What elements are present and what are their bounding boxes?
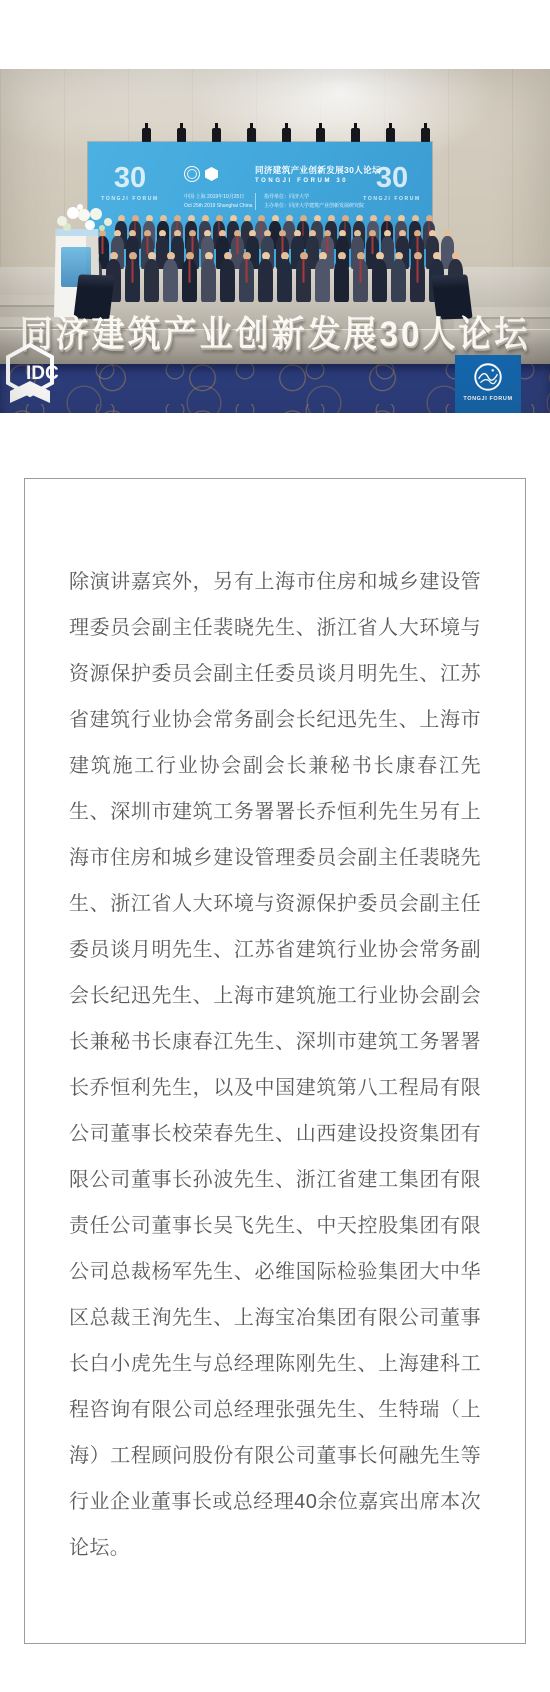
idc-cube-icon: IDC [6,341,70,413]
backdrop-date-cn: 中国·上海 2019年10月25日 [184,193,246,202]
stage-light-icon [142,128,151,143]
backdrop-titles: 同济建筑产业创新发展30人论坛 TONGJI FORUM 30 [255,164,416,184]
person-figure [239,252,254,302]
person-figure [334,252,349,302]
stage-light-icon [247,128,256,143]
stage-3d-title: 同济建筑产业创新发展30人论坛 [0,306,550,357]
backdrop-title: 同济建筑产业创新发展30人论坛 [255,164,416,176]
person-figure [163,252,178,302]
person-figure [182,252,197,302]
idc-hexagon-icon [205,167,218,181]
idc-logo: IDC [6,341,70,413]
person-figure [391,252,406,302]
person-figure [201,252,216,302]
tongji-seal-icon [184,166,200,182]
stage-light-icon [421,128,430,143]
backdrop-org-line2: 主办单位：同济大学建筑产业创新发展研究院 [264,202,416,211]
tongji-forum-emblem-icon [471,360,505,394]
event-photo[interactable]: 30 TONGJI FORUM 30 TONGJI FORUM 同济建筑产业创新… [0,69,550,413]
stage-light-icon [316,128,325,143]
person-figure [144,252,159,302]
person-figure [258,252,273,302]
person-figure [315,252,330,302]
backdrop-date-block: 中国·上海 2019年10月25日 Oct 25th 2019 Shanghai… [184,193,246,210]
stage-light-icon [282,128,291,143]
person-figure [125,252,140,302]
flower-arrangement-icon [44,197,122,235]
tongji-forum-logo: TONGJI FORUM [455,355,521,413]
article-page: 30 TONGJI FORUM 30 TONGJI FORUM 同济建筑产业创新… [0,69,550,1644]
stage-light-icon [212,128,221,143]
backdrop-date-en: Oct 25th 2019 Shanghai China [184,202,246,211]
person-figure [220,252,235,302]
backdrop-subtitle: TONGJI FORUM 30 [255,178,416,184]
stage-light-icon [177,128,186,143]
person-figure [372,252,387,302]
stage-light-icon [351,128,360,143]
person-figure [277,252,292,302]
person-figure [410,252,425,302]
article-paragraph: 除演讲嘉宾外，另有上海市住房和城乡建设管理委员会副主任裴晓先生、浙江省人大环境与… [69,559,481,1571]
backdrop-center-block: 同济建筑产业创新发展30人论坛 TONGJI FORUM 30 中国·上海 20… [184,164,416,210]
person-figure [353,252,368,302]
backdrop-org-line1: 指导单位：同济大学 [264,193,416,202]
backdrop-logos [184,164,246,184]
stage-lights [142,119,430,143]
article-card: 除演讲嘉宾外，另有上海市住房和城乡建设管理委员会副主任裴晓先生、浙江省人大环境与… [24,478,526,1644]
idc-logo-text: IDC [26,363,59,384]
backdrop-organizer-block: 指导单位：同济大学 主办单位：同济大学建筑产业创新发展研究院 [255,193,416,210]
watermark-number: 30 [94,164,166,193]
stage-light-icon [386,128,395,143]
tongji-forum-logo-text: TONGJI FORUM [463,396,512,402]
person-figure [296,252,311,302]
